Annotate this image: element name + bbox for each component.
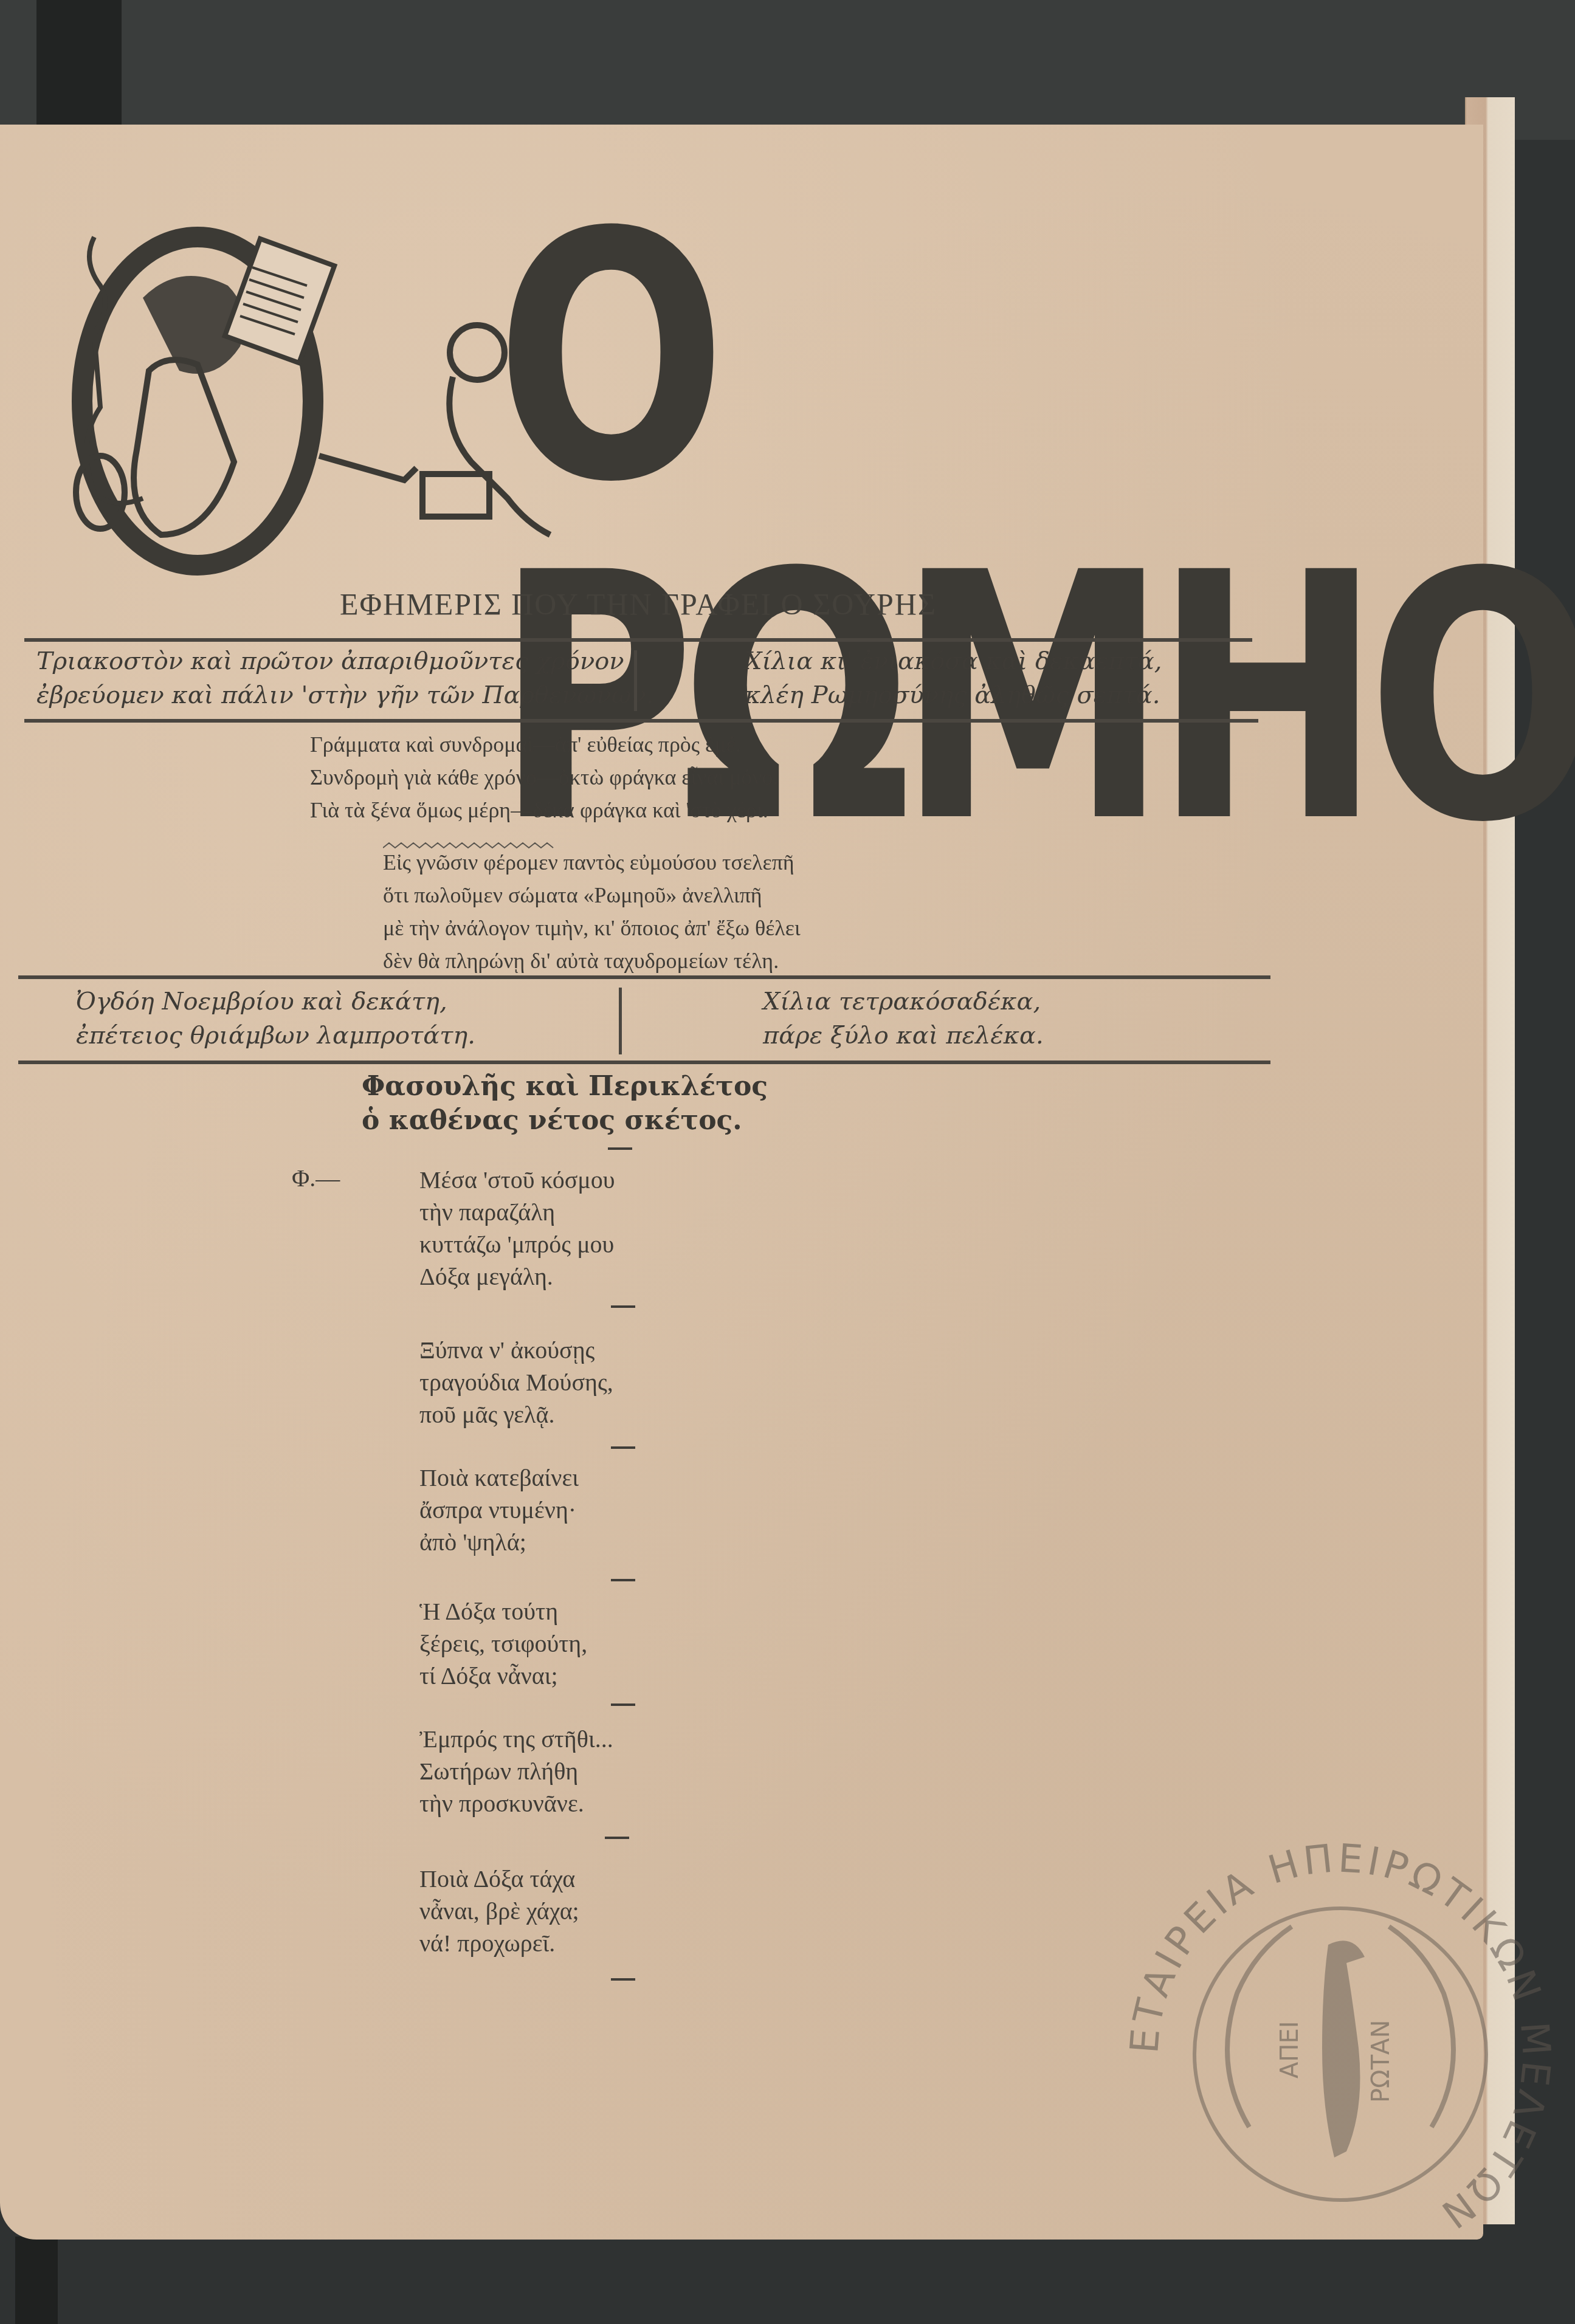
- separator-dash: [611, 1978, 635, 1981]
- divider: [24, 719, 1258, 723]
- stanza: Ξύπνα ν' ἀκούσῃς τραγούδια Μούσης, ποῦ μ…: [419, 1334, 613, 1431]
- separator-dash: [611, 1446, 635, 1449]
- separator-dash: [611, 1703, 635, 1706]
- stanza: Ποιὰ Δόξα τάχα νἆναι, βρὲ χάχα; νά! προχ…: [419, 1863, 579, 1959]
- separator-dash: [605, 1837, 629, 1839]
- stamp-inner-left: ΑΠΕΙ: [1276, 2021, 1304, 2078]
- speaker-label: Φ.—: [292, 1164, 340, 1192]
- stamp-inner-right: ΡΩΤΑΝ: [1367, 2020, 1395, 2103]
- stanza: Ποιὰ κατεβαίνει ἄσπρα ντυμένη· ἀπὸ 'ψηλά…: [419, 1462, 579, 1558]
- divider: [18, 1061, 1270, 1064]
- separator-dash: [611, 1579, 635, 1581]
- masthead-subtitle: ΕΦΗΜΕΡΙΣ ΠΟΥ ΤΗΝ ΓΡΑΦΕΙ Ο ΣΟΥΡΗΣ: [0, 586, 1277, 622]
- date-left: Ὀγδόη Νοεμβρίου καὶ δεκάτη, ἐπέτειος θρι…: [76, 985, 475, 1053]
- header-motto-right: Χίλια κι' ἐνιακόσα καὶ δεκαεπτά, κλέη Ρω…: [745, 644, 1162, 712]
- stanza: Μέσα 'στοῦ κόσμου τὴν παραζάλη κυττάζω '…: [419, 1164, 615, 1293]
- column-divider: [619, 988, 622, 1054]
- stanza: Ἐμπρός της στῆθι... Σωτήρων πλήθη τὴν πρ…: [419, 1723, 613, 1820]
- stanza: Ἡ Δόξα τούτη ξέρεις, τσιφούτη, τί Δόξα ν…: [419, 1595, 587, 1692]
- subscription-info: Γράμματα καὶ συνδρομαὶ—ἀπ' εὐθείας πρὸς …: [310, 728, 779, 827]
- masthead: Ο ΡΩΜΗΟΣ: [58, 194, 1225, 583]
- divider: [24, 638, 1252, 642]
- separator-dash: [608, 1147, 632, 1150]
- header-motto-left: Τριακοστὸν καὶ πρῶτον ἀπαριθμοῦντες χρόν…: [36, 644, 653, 712]
- column-divider: [634, 650, 637, 711]
- library-stamp-icon: ΕΤΑΙΡΕΙΑ ΗΠΕΙΡΩΤΙΚΩΝ ΜΕΛΕΤΩΝ ΑΠΕΙ ΡΩΤΑΝ: [1128, 1841, 1553, 2267]
- book-spine-bottom: [15, 2236, 58, 2324]
- divider: [18, 975, 1270, 979]
- separator-dash: [611, 1305, 635, 1308]
- sales-notice: Εἰς γνῶσιν φέρομεν παντὸς εὐμούσου τσελε…: [383, 846, 801, 977]
- book-spine: [36, 0, 122, 146]
- date-right: Χίλια τετρακόσαδέκα, πάρε ξύλο καὶ πελέκ…: [763, 985, 1044, 1053]
- book-binding-top: [0, 0, 1575, 140]
- article-headline: Φασουλῆς καὶ Περικλέτος ὁ καθένας νέτος …: [362, 1070, 768, 1138]
